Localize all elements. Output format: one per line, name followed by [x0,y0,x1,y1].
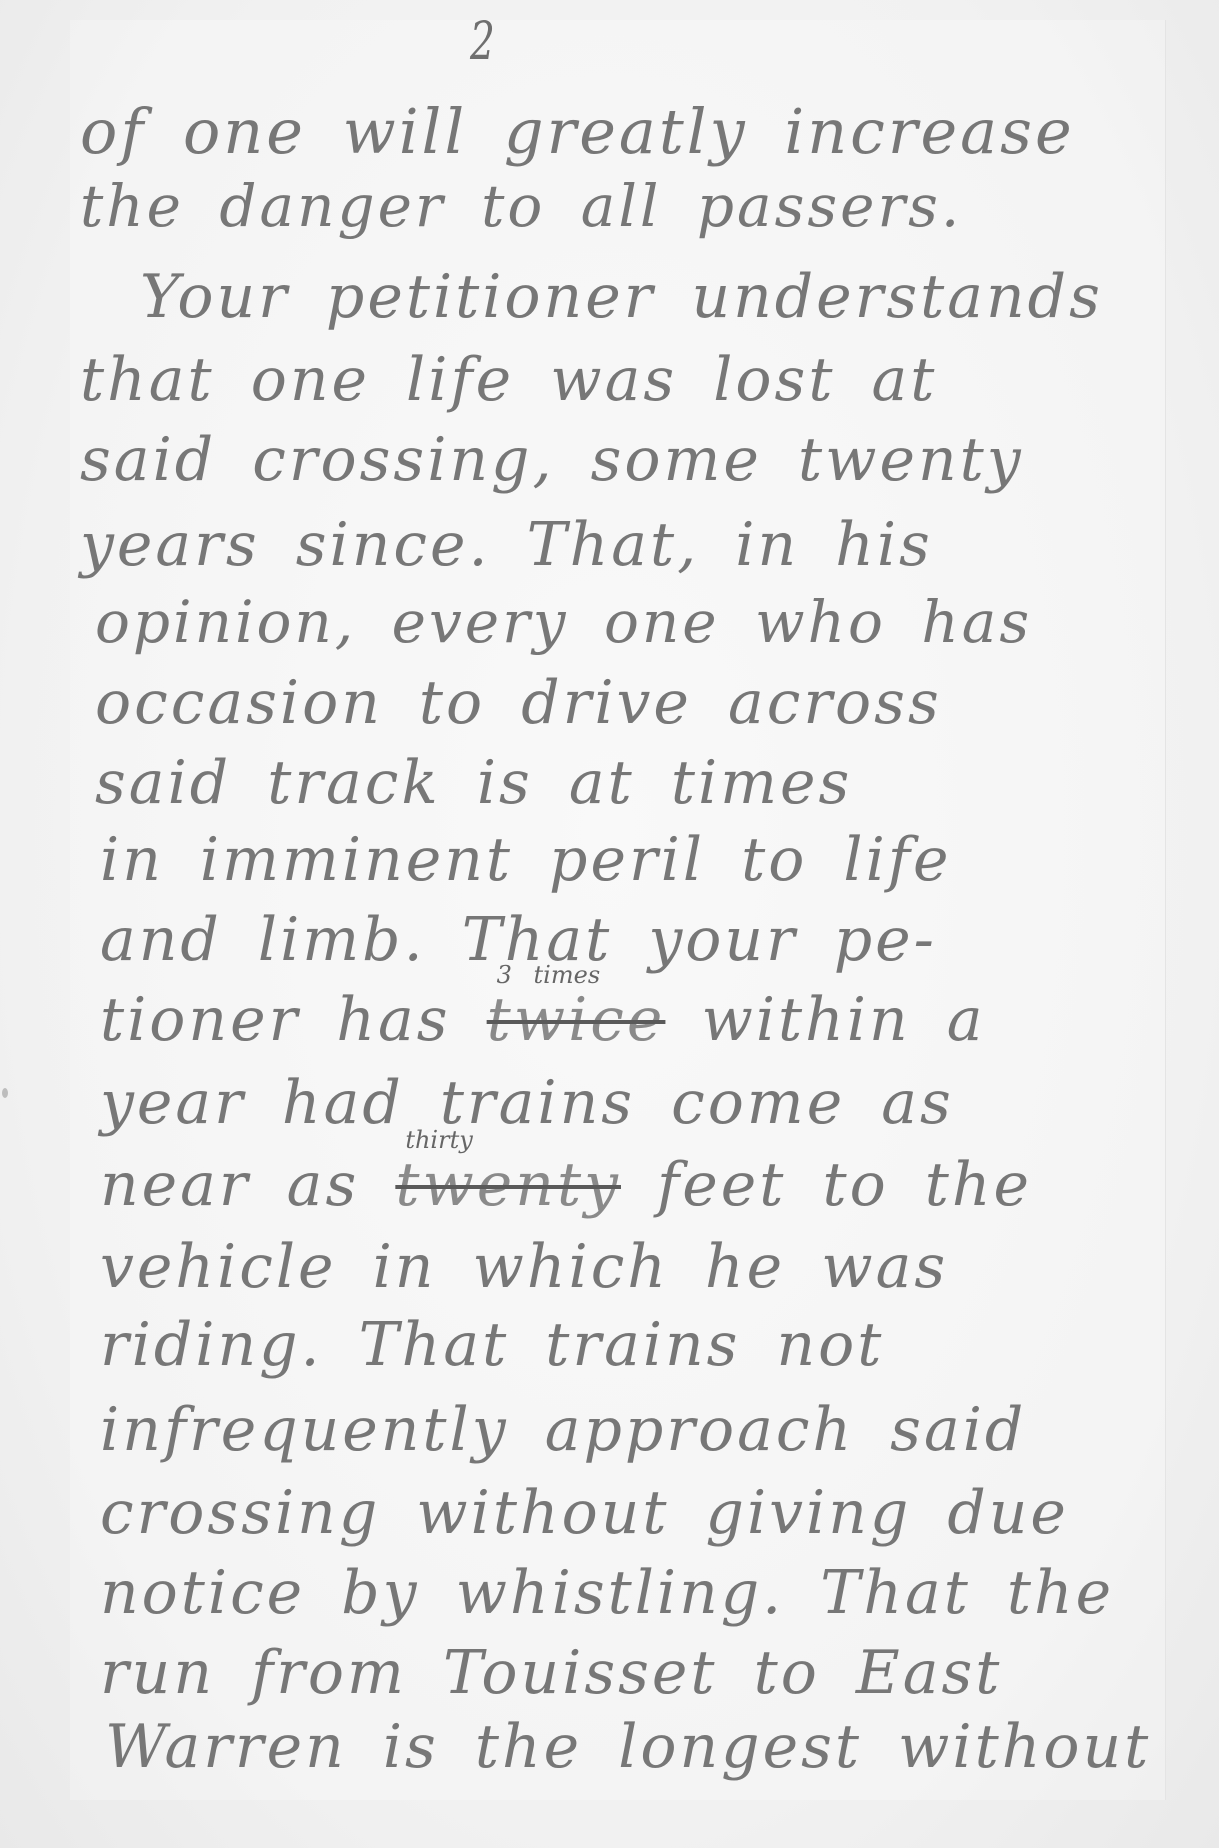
text-line-2: the danger to all passers. [80,172,962,240]
text-line-6: years since. That, in his [80,510,933,580]
inserted-text: 3 times [497,961,601,989]
text-line-9: said track is at times [95,748,852,818]
text-line-5: said crossing, some twenty [80,425,1024,495]
struck-text: twenty [395,1150,621,1220]
text-line-16: riding. That trains not [100,1310,884,1380]
inserted-text: thirty [405,1126,472,1154]
line-12-word-has: has [336,985,450,1055]
line-12-word-tioner: tioner [100,985,300,1055]
text-line-10: in imminent peril to life [100,825,952,895]
text-line-8: occasion to drive across [95,668,942,738]
line-14-start: near as [100,1150,359,1220]
struck-text: twice [487,985,666,1055]
text-line-12: tioner has 3 times twice within a [100,985,985,1055]
text-line-4: that one life was lost at [80,345,937,415]
text-line-14: near as thirty twenty feet to the [100,1150,1032,1220]
manuscript-page: 2 of one will greatly increase the dange… [0,0,1219,1848]
page-number: 2 [470,12,495,72]
text-line-18: crossing without giving due [100,1478,1069,1548]
text-line-1: of one will greatly increase [80,95,1075,168]
text-line-3: Your petitioner understands [140,262,1103,332]
text-line-21: Warren is the longest without [105,1712,1151,1782]
correction-twice: 3 times twice [487,985,666,1055]
paper-smudge [2,1088,8,1098]
correction-twenty: thirty twenty [395,1150,621,1220]
text-line-15: vehicle in which he was [100,1232,948,1302]
line-12-rest: within a [702,985,986,1055]
text-line-7: opinion, every one who has [95,588,1032,656]
text-line-13: year had trains come as [100,1068,954,1138]
text-line-17: infrequently approach said [100,1395,1026,1465]
text-line-19: notice by whistling. That the [100,1558,1114,1628]
text-line-20: run from Touisset to East [100,1638,1002,1708]
line-14-rest: feet to the [657,1150,1032,1220]
